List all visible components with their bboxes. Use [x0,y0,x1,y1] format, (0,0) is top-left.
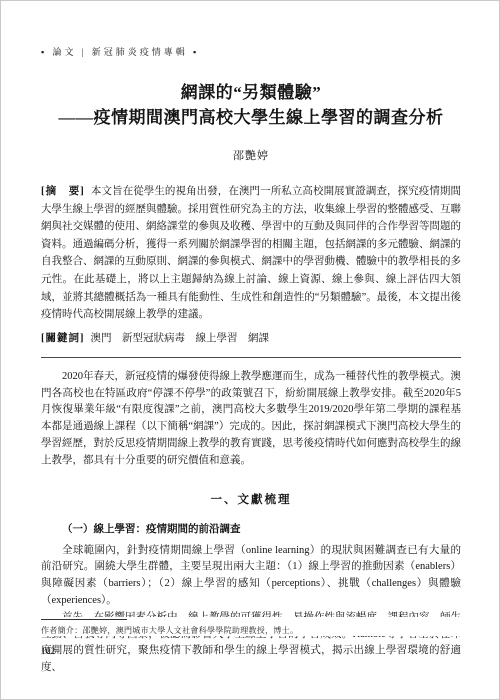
author-bio-footnote: 作者簡介：邵艷婷，澳門城市大學人文社會科學學院助理教授，博士。 [41,625,461,636]
body-paragraph-2: 全球範圍內，針對疫情期間線上學習（online learning）的現狀與困難調… [41,543,461,610]
subsection-heading-online-learning: （一）線上學習：疫情期間的前沿調查 [41,522,461,538]
journal-header: ▪ 論文 | 新冠肺炎疫情專輯 ▪ [41,45,461,58]
page-number: 102 [41,647,55,657]
abstract-block: [摘 要]本文旨在從學生的視角出發，在澳門一所私立高校開展實證調查，探究疫情期間… [41,183,461,324]
abstract-text: 本文旨在從學生的視角出發，在澳門一所私立高校開展實證調查，探究疫情期間大學生線上… [41,186,461,320]
header-divider [41,357,461,358]
abstract-label: [摘 要] [41,186,85,197]
paper-page: ▪ 論文 | 新冠肺炎疫情專輯 ▪ 網課的“另類體驗” ——疫情期間澳門高校大學… [0,0,500,700]
author-name: 邵艷婷 [41,147,461,163]
paper-title-line1: 網課的“另類體驗” [41,80,461,105]
keywords-label: [關鍵詞] [41,333,85,344]
body-paragraph-1: 2020年春天，新冠疫情的爆發使得線上教學應運而生，成為一種替代性的教學模式。澳… [41,369,461,470]
footnote-area: 作者簡介：邵艷婷，澳門城市大學人文社會科學學院助理教授，博士。 [41,617,461,636]
paper-title: 網課的“另類體驗” ——疫情期間澳門高校大學生線上學習的調查分析 [41,80,461,130]
keywords-block: [關鍵詞]澳門 新型冠狀病毒 線上學習 網課 [41,330,461,347]
footnote-rule [41,619,127,620]
keywords-text: 澳門 新型冠狀病毒 線上學習 網課 [91,333,270,344]
section-heading-literature-review: 一、文獻梳理 [41,491,461,507]
paper-title-line2: ——疫情期間澳門高校大學生線上學習的調查分析 [41,105,461,130]
